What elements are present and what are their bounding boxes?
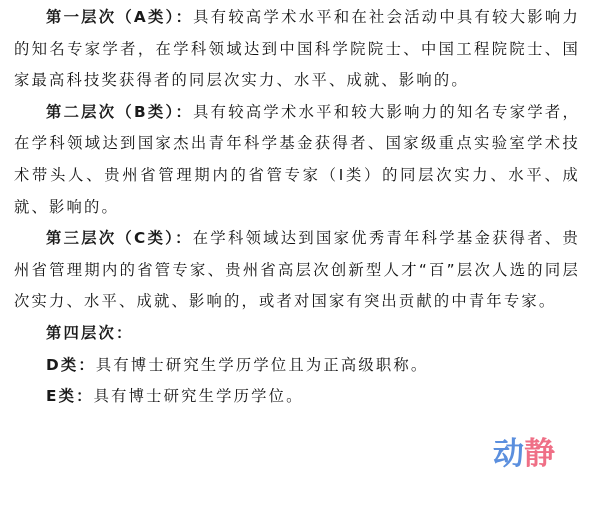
tier-c-label: 第三层次（C类）： (46, 229, 193, 247)
tier-a-label: 第一层次（A类）： (46, 8, 193, 26)
watermark-char-jing: 静 (524, 436, 555, 472)
tier-a-paragraph: 第一层次（A类）：具有较高学术水平和在社会活动中具有较大影响力的知名专家学者，在… (14, 2, 580, 97)
document-body: 第一层次（A类）：具有较高学术水平和在社会活动中具有较大影响力的知名专家学者，在… (14, 0, 580, 413)
tier-e-text: 具有博士研究生学历学位。 (94, 387, 304, 405)
tier-b-label: 第二层次（B类）： (46, 103, 193, 121)
tier-4-paragraph: 第四层次： (14, 318, 580, 350)
tier-c-paragraph: 第三层次（C类）：在学科领域达到国家优秀青年科学基金获得者、贵州省管理期内的省管… (14, 223, 580, 318)
dongjing-watermark-logo: 动静 (493, 428, 555, 473)
watermark-char-dong: 动 (493, 436, 524, 472)
tier-4-label: 第四层次： (46, 324, 134, 342)
tier-e-label: E类： (46, 387, 94, 405)
tier-e-paragraph: E类：具有博士研究生学历学位。 (14, 381, 580, 413)
tier-d-paragraph: D类：具有博士研究生学历学位且为正高级职称。 (14, 350, 580, 382)
tier-d-text: 具有博士研究生学历学位且为正高级职称。 (96, 356, 428, 374)
tier-d-label: D类： (46, 356, 96, 374)
tier-b-paragraph: 第二层次（B类）：具有较高学术水平和较大影响力的知名专家学者，在学科领域达到国家… (14, 97, 580, 223)
